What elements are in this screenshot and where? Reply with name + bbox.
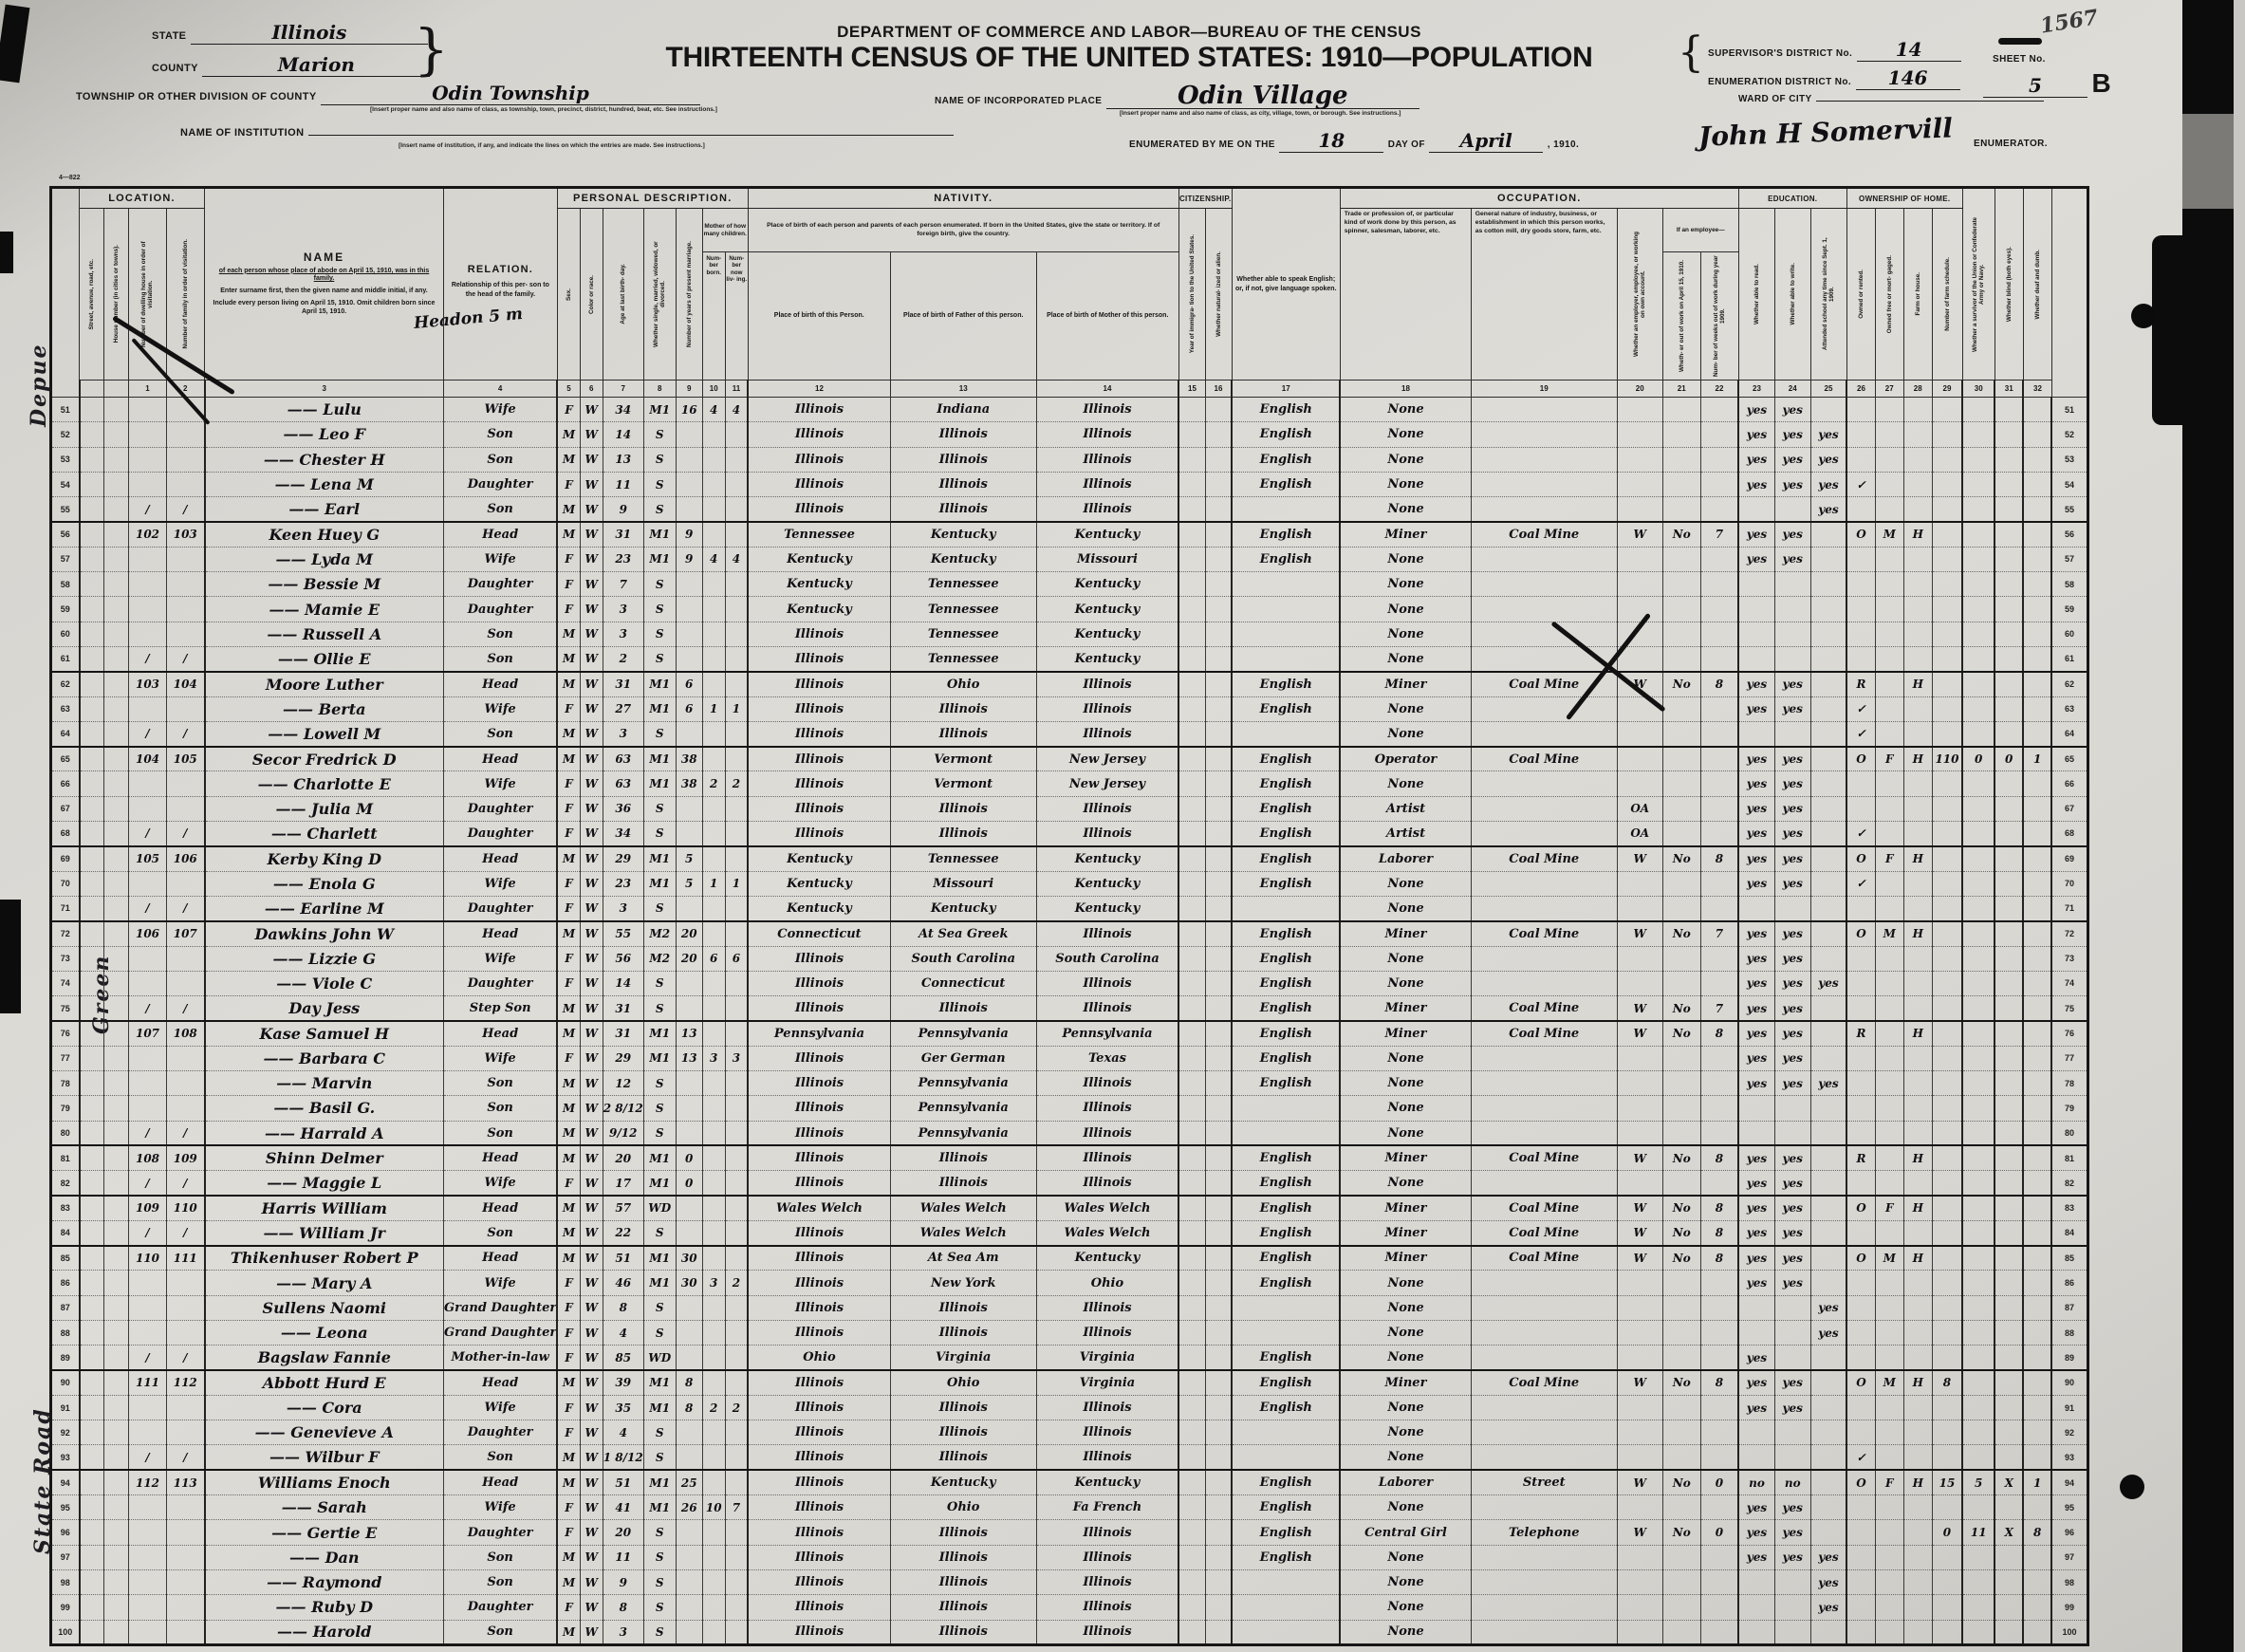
cell xyxy=(129,796,167,821)
cell xyxy=(1995,1395,2023,1420)
cell: Kentucky xyxy=(1036,896,1178,920)
cell xyxy=(1471,1545,1617,1569)
cell xyxy=(1662,771,1700,796)
line-number: 61 xyxy=(51,646,80,671)
table-row: 92—— Genevieve ADaughterFW4SIllinoisIlli… xyxy=(51,1420,2088,1445)
cell xyxy=(104,871,129,896)
cell: Daughter xyxy=(444,896,558,920)
cell: —— Barbara C xyxy=(205,1046,444,1070)
cell xyxy=(80,1320,104,1345)
cell xyxy=(1932,472,1962,496)
table-row: 75//Day JessStep SonMW31SIllinoisIllinoi… xyxy=(51,996,2088,1021)
cell: Ohio xyxy=(890,1370,1036,1395)
cell: Head xyxy=(444,1470,558,1494)
line-number: 66 xyxy=(51,771,80,796)
cell xyxy=(1995,1545,2023,1569)
cell xyxy=(1875,497,1903,522)
cell xyxy=(1932,1320,1962,1345)
cell xyxy=(1810,1096,1846,1121)
cell: English xyxy=(1232,1046,1340,1070)
cell xyxy=(80,1445,104,1470)
cell: / xyxy=(167,497,205,522)
cell: 3 xyxy=(603,622,643,646)
cell xyxy=(1962,646,1995,671)
cell: None xyxy=(1340,1346,1471,1370)
cell: yes xyxy=(1738,1271,1774,1295)
cell xyxy=(2023,721,2051,746)
cell xyxy=(1471,572,1617,597)
cell: English xyxy=(1232,1196,1340,1220)
cell xyxy=(1205,721,1232,746)
cell: F xyxy=(557,1295,580,1320)
sheet-letter: B xyxy=(2091,68,2110,98)
cell xyxy=(1875,1595,1903,1620)
cell xyxy=(1774,1295,1810,1320)
cell xyxy=(725,422,748,447)
column-age-header: Age at last birth- day. xyxy=(603,209,643,381)
cell: Ohio xyxy=(1036,1271,1178,1295)
cell xyxy=(1903,1096,1932,1121)
cell: Ohio xyxy=(748,1346,890,1370)
cell: Laborer xyxy=(1340,1470,1471,1494)
cell: M1 xyxy=(643,1470,676,1494)
cell: S xyxy=(643,1545,676,1569)
group-nativity: NATIVITY. xyxy=(748,188,1178,209)
cell xyxy=(129,472,167,496)
cell: W xyxy=(580,1470,603,1494)
cell: Kentucky xyxy=(1036,1470,1178,1494)
cell xyxy=(80,447,104,472)
cell xyxy=(1932,1395,1962,1420)
cell xyxy=(1846,1595,1875,1620)
cell xyxy=(1810,1145,1846,1170)
cell: Illinois xyxy=(748,946,890,971)
cell xyxy=(1846,422,1875,447)
cell xyxy=(1471,721,1617,746)
line-number: 84 xyxy=(51,1220,80,1245)
cell xyxy=(1774,622,1810,646)
cell: M xyxy=(557,747,580,771)
line-number: 71 xyxy=(51,896,80,920)
line-number: 73 xyxy=(51,946,80,971)
cell: yes xyxy=(1774,1495,1810,1520)
cell: S xyxy=(643,721,676,746)
cell: Kentucky xyxy=(1036,597,1178,622)
cell xyxy=(1774,1346,1810,1370)
cell: Coal Mine xyxy=(1471,1021,1617,1046)
cell: 5 xyxy=(1962,1470,1995,1494)
column-out-of-work-header: Wheth- er out of work on April 15, 1910. xyxy=(1662,252,1700,381)
cell xyxy=(676,996,702,1021)
cell: Coal Mine xyxy=(1471,996,1617,1021)
cell xyxy=(1700,1346,1738,1370)
cell xyxy=(1662,1395,1700,1420)
cell: Virginia xyxy=(890,1346,1036,1370)
cell: 14 xyxy=(603,971,643,995)
cell: 41 xyxy=(603,1495,643,1520)
cell xyxy=(104,622,129,646)
cell xyxy=(129,971,167,995)
cell xyxy=(676,822,702,846)
cell: yes xyxy=(1774,447,1810,472)
cell xyxy=(1662,1495,1700,1520)
cell xyxy=(2023,572,2051,597)
cell: 55 xyxy=(603,921,643,946)
cell xyxy=(1178,1520,1205,1545)
cell: None xyxy=(1340,1395,1471,1420)
cell xyxy=(1617,1569,1662,1594)
line-number: 58 xyxy=(51,572,80,597)
cell xyxy=(1662,971,1700,995)
cell xyxy=(167,1071,205,1096)
place-line: NAME OF INCORPORATED PLACE Odin Village xyxy=(935,84,1419,109)
cell: None xyxy=(1340,696,1471,721)
cell xyxy=(1617,896,1662,920)
cell: M xyxy=(557,672,580,696)
cell: —— Mamie E xyxy=(205,597,444,622)
cell xyxy=(2023,946,2051,971)
cell: yes xyxy=(1738,1370,1774,1395)
film-edge-blob xyxy=(2152,235,2245,425)
cell: F xyxy=(557,946,580,971)
cell xyxy=(1205,672,1232,696)
cell xyxy=(1205,1220,1232,1245)
cell: Moore Luther xyxy=(205,672,444,696)
cell xyxy=(1700,896,1738,920)
cell: Kentucky xyxy=(1036,622,1178,646)
cell xyxy=(1962,871,1995,896)
cell xyxy=(1932,672,1962,696)
cell xyxy=(1810,896,1846,920)
cell xyxy=(80,1470,104,1494)
cell: —— Charlotte E xyxy=(205,771,444,796)
cell: Illinois xyxy=(1036,472,1178,496)
cell xyxy=(1774,572,1810,597)
cell xyxy=(702,1520,725,1545)
sheet-number: 5 xyxy=(2029,74,2042,97)
cell: S xyxy=(643,646,676,671)
cell xyxy=(1738,1121,1774,1145)
cell xyxy=(1846,1096,1875,1121)
cell xyxy=(104,747,129,771)
cell: 107 xyxy=(167,921,205,946)
cell: No xyxy=(1662,996,1700,1021)
cell: None xyxy=(1340,1046,1471,1070)
cell xyxy=(1846,398,1875,422)
cell: Step Son xyxy=(444,996,558,1021)
cell xyxy=(2023,1569,2051,1594)
cell xyxy=(1995,547,2023,571)
cell: Coal Mine xyxy=(1471,522,1617,547)
cell xyxy=(1774,1096,1810,1121)
cell: / xyxy=(167,1121,205,1145)
cell xyxy=(1995,871,2023,896)
cell xyxy=(1875,597,1903,622)
cell xyxy=(725,1569,748,1594)
cell: None xyxy=(1340,1545,1471,1569)
cell xyxy=(1205,1320,1232,1345)
cell: Son xyxy=(444,646,558,671)
cell: 38 xyxy=(676,747,702,771)
cell xyxy=(1995,1046,2023,1070)
cell xyxy=(702,1445,725,1470)
cell: Illinois xyxy=(748,721,890,746)
cell xyxy=(1617,1395,1662,1420)
cell: None xyxy=(1340,447,1471,472)
cell xyxy=(1962,721,1995,746)
table-row: 100—— HaroldSonMW3SIllinoisIllinoisIllin… xyxy=(51,1620,2088,1644)
cell xyxy=(1178,447,1205,472)
cell xyxy=(1617,597,1662,622)
cell xyxy=(1205,896,1232,920)
line-number: 67 xyxy=(51,796,80,821)
cell: M xyxy=(557,921,580,946)
cell xyxy=(1471,822,1617,846)
cell: English xyxy=(1232,1021,1340,1046)
cell: 4 xyxy=(725,547,748,571)
cell xyxy=(1662,422,1700,447)
cell: 2 xyxy=(725,1395,748,1420)
cell: / xyxy=(167,996,205,1021)
table-row: 88—— LeonaGrand DaughterFW4SIllinoisIlli… xyxy=(51,1320,2088,1345)
cell: Illinois xyxy=(1036,1145,1178,1170)
cell: / xyxy=(129,1346,167,1370)
column-number: 14 xyxy=(1036,381,1178,398)
cell: W xyxy=(580,1121,603,1145)
cell xyxy=(1662,1171,1700,1196)
cell xyxy=(1700,1271,1738,1295)
cell: S xyxy=(643,472,676,496)
cell xyxy=(1205,996,1232,1021)
cell: 0 xyxy=(1962,747,1995,771)
cell: M xyxy=(557,721,580,746)
cell xyxy=(1962,1096,1995,1121)
cell: Kentucky xyxy=(1036,646,1178,671)
cell: S xyxy=(643,996,676,1021)
cell: W xyxy=(1617,1021,1662,1046)
cell xyxy=(167,572,205,597)
cell xyxy=(80,1246,104,1271)
cell xyxy=(1178,946,1205,971)
cell: 8 xyxy=(1700,1196,1738,1220)
cell: Illinois xyxy=(748,1569,890,1594)
cell xyxy=(1471,547,1617,571)
line-number: 64 xyxy=(2051,721,2087,746)
line-number: 68 xyxy=(2051,822,2087,846)
cell xyxy=(104,996,129,1021)
cell: M1 xyxy=(643,1246,676,1271)
cell: W xyxy=(580,522,603,547)
cell: Miner xyxy=(1340,1246,1471,1271)
cell xyxy=(104,1395,129,1420)
table-row: 58—— Bessie MDaughterFW7SKentuckyTenness… xyxy=(51,572,2088,597)
cell xyxy=(725,1545,748,1569)
cell: yes xyxy=(1774,871,1810,896)
cell xyxy=(80,1346,104,1370)
cell: F xyxy=(557,1046,580,1070)
cell xyxy=(80,1046,104,1070)
cell xyxy=(1995,1246,2023,1271)
cell: Wife xyxy=(444,1046,558,1070)
cell xyxy=(80,1295,104,1320)
cell xyxy=(167,796,205,821)
cell xyxy=(1903,472,1932,496)
cell xyxy=(80,622,104,646)
cell: Kentucky xyxy=(748,572,890,597)
cell xyxy=(1738,1620,1774,1644)
cell xyxy=(1846,796,1875,821)
county-label: County xyxy=(152,63,198,74)
cell xyxy=(1903,572,1932,597)
column-deaf-header: Whether deaf and dumb. xyxy=(2023,188,2051,381)
cell: S xyxy=(643,1620,676,1644)
cell xyxy=(129,771,167,796)
cell: None xyxy=(1340,572,1471,597)
cell: None xyxy=(1340,1620,1471,1644)
cell: M xyxy=(557,1121,580,1145)
line-number: 77 xyxy=(2051,1046,2087,1070)
cell: R xyxy=(1846,1145,1875,1170)
cell: yes xyxy=(1774,846,1810,871)
cell xyxy=(104,721,129,746)
cell xyxy=(1471,1046,1617,1070)
cell xyxy=(725,1346,748,1370)
cell xyxy=(167,1595,205,1620)
cell xyxy=(1846,597,1875,622)
cell xyxy=(1995,721,2023,746)
cell xyxy=(1232,597,1340,622)
cell: 8 xyxy=(2023,1520,2051,1545)
cell: H xyxy=(1903,846,1932,871)
cell xyxy=(1178,622,1205,646)
cell xyxy=(80,1096,104,1121)
cell xyxy=(1178,1121,1205,1145)
cell: None xyxy=(1340,1271,1471,1295)
cell xyxy=(1178,1346,1205,1370)
supervisor-line: SUPERVISOR'S DISTRICT No. 14 xyxy=(1708,40,1961,62)
cell xyxy=(2023,472,2051,496)
cell: Illinois xyxy=(748,447,890,472)
cell xyxy=(676,1595,702,1620)
cell: English xyxy=(1232,871,1340,896)
cell xyxy=(2023,522,2051,547)
cell xyxy=(1875,646,1903,671)
cell xyxy=(1875,672,1903,696)
cell xyxy=(1932,696,1962,721)
cell: —— Enola G xyxy=(205,871,444,896)
cell xyxy=(1932,1346,1962,1370)
cell: Pennsylvania xyxy=(890,1071,1036,1096)
cell: 7 xyxy=(1700,996,1738,1021)
cell xyxy=(1662,1420,1700,1445)
cell: Tennessee xyxy=(890,597,1036,622)
cell xyxy=(104,646,129,671)
cell: English xyxy=(1232,1271,1340,1295)
cell: English xyxy=(1232,921,1340,946)
cell xyxy=(1962,1220,1995,1245)
cell xyxy=(725,1196,748,1220)
line-number: 98 xyxy=(51,1569,80,1594)
column-number: 30 xyxy=(1962,381,1995,398)
cell xyxy=(1962,771,1995,796)
cell xyxy=(702,971,725,995)
cell xyxy=(1875,696,1903,721)
cell xyxy=(1205,572,1232,597)
column-number: 21 xyxy=(1662,381,1700,398)
cell: 8 xyxy=(1700,1021,1738,1046)
cell: W xyxy=(580,1246,603,1271)
cell xyxy=(1232,1121,1340,1145)
cell xyxy=(702,1595,725,1620)
cell: yes xyxy=(1738,871,1774,896)
cell: S xyxy=(643,1220,676,1245)
cell: W xyxy=(1617,1246,1662,1271)
cell: —— Leo F xyxy=(205,422,444,447)
cell xyxy=(1903,1620,1932,1644)
column-relation-header: RELATION. Relationship of this per- son … xyxy=(444,188,558,381)
cell: None xyxy=(1340,721,1471,746)
cell: English xyxy=(1232,996,1340,1021)
cell xyxy=(1932,547,1962,571)
cell: Thikenhuser Robert P xyxy=(205,1246,444,1271)
cell xyxy=(104,1071,129,1096)
group-occupation: OCCUPATION. xyxy=(1340,188,1738,209)
cell: yes xyxy=(1738,921,1774,946)
cell xyxy=(1810,1021,1846,1046)
state-label: State xyxy=(152,30,186,42)
cell xyxy=(167,971,205,995)
cell: Son xyxy=(444,1220,558,1245)
cell xyxy=(1995,1196,2023,1220)
cell xyxy=(1471,1620,1617,1644)
cell: 9/12 xyxy=(603,1121,643,1145)
cell xyxy=(1205,597,1232,622)
cell xyxy=(2023,1071,2051,1096)
cell: Son xyxy=(444,497,558,522)
cell: W xyxy=(580,447,603,472)
cell: W xyxy=(580,921,603,946)
cell xyxy=(1700,796,1738,821)
cell: 6 xyxy=(725,946,748,971)
cell: M1 xyxy=(643,1271,676,1295)
cell: Head xyxy=(444,1370,558,1395)
cell xyxy=(1662,1121,1700,1145)
cell: 3 xyxy=(603,896,643,920)
cell: Shinn Delmer xyxy=(205,1145,444,1170)
cell xyxy=(1617,447,1662,472)
cell xyxy=(1232,572,1340,597)
cell xyxy=(1962,971,1995,995)
cell: Illinois xyxy=(890,1595,1036,1620)
cell: Central Girl xyxy=(1340,1520,1471,1545)
cell xyxy=(1700,721,1738,746)
cell xyxy=(1962,622,1995,646)
column-number: 25 xyxy=(1810,381,1846,398)
cell xyxy=(80,672,104,696)
cell xyxy=(1903,896,1932,920)
cell: 109 xyxy=(129,1196,167,1220)
cell xyxy=(1662,572,1700,597)
table-header: LOCATION. NAME of each person whose plac… xyxy=(51,188,2088,398)
institution-line: NAME OF INSTITUTION xyxy=(180,121,954,140)
cell xyxy=(1810,1346,1846,1370)
cell: 15 xyxy=(1932,1470,1962,1494)
cell: Daughter xyxy=(444,472,558,496)
cell: S xyxy=(643,1295,676,1320)
cell: 108 xyxy=(129,1145,167,1170)
line-number: 82 xyxy=(2051,1171,2087,1196)
cell xyxy=(1662,646,1700,671)
